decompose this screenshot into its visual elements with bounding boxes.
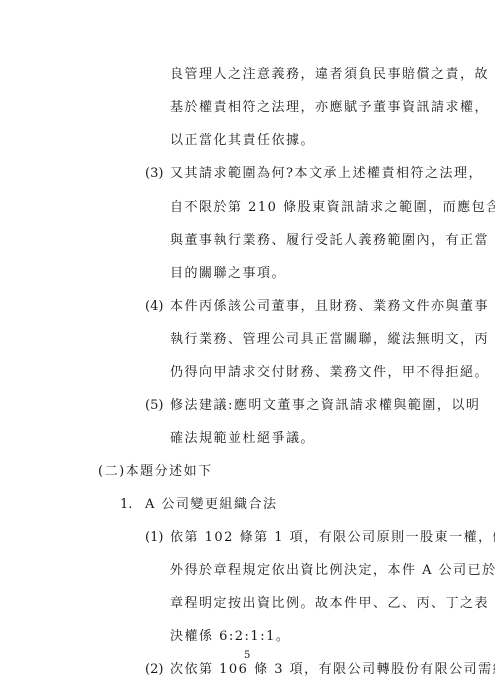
body-text-line: 目的關聯之事項。 — [170, 266, 286, 282]
section-heading: (二)本題分述如下 — [98, 464, 213, 480]
body-text-line: 修法建議:應明文董事之資訊請求權與範圍，以明 — [170, 398, 480, 414]
body-text-line: 自不限於第 210 條股東資訊請求之範圍，而應包含 — [170, 200, 495, 216]
body-text-line: 仍得向甲請求交付財務、業務文件，甲不得拒絕。 — [170, 365, 489, 381]
body-text-line: 章程明定按出資比例。故本件甲、乙、丙、丁之表 — [170, 596, 489, 612]
body-text-line: 本件丙係該公司董事，且財務、業務文件亦與董事 — [170, 299, 489, 315]
body-text-line: 決權係 6:2:1:1。 — [170, 629, 290, 645]
item-number: (2) — [145, 662, 163, 678]
body-text-line: 確法規範並杜絕爭議。 — [170, 431, 315, 447]
body-text-line: 良管理人之注意義務，違者須負民事賠償之責，故 — [170, 67, 489, 83]
item-number: 1. — [120, 497, 132, 513]
page-number: 5 — [244, 650, 250, 661]
body-text-line: 次依第 106 條 3 項，有限公司轉股份有限公司需經 — [170, 662, 495, 678]
body-text-line: 以正當化其責任依據。 — [170, 133, 315, 149]
item-number: (1) — [145, 530, 163, 546]
body-text-line: 與董事執行業務、履行受託人義務範圍內，有正當 — [170, 233, 489, 249]
item-number: (4) — [145, 299, 163, 315]
body-text-line: 外得於章程規定依出資比例決定，本件 A 公司已於 — [170, 563, 495, 579]
subsection-heading: A 公司變更組織合法 — [145, 497, 278, 513]
body-text-line: 依第 102 條第 1 項，有限公司原則一股東一權，例 — [170, 530, 495, 546]
body-text-line: 又其請求範圍為何?本文承上述權責相符之法理， — [170, 166, 483, 182]
item-number: (5) — [145, 398, 163, 414]
item-number: (3) — [145, 166, 163, 182]
body-text-line: 基於權責相符之法理，亦應賦予董事資訊請求權， — [170, 100, 489, 116]
body-text-line: 執行業務、管理公司具正當關聯，縱法無明文，丙 — [170, 332, 489, 348]
